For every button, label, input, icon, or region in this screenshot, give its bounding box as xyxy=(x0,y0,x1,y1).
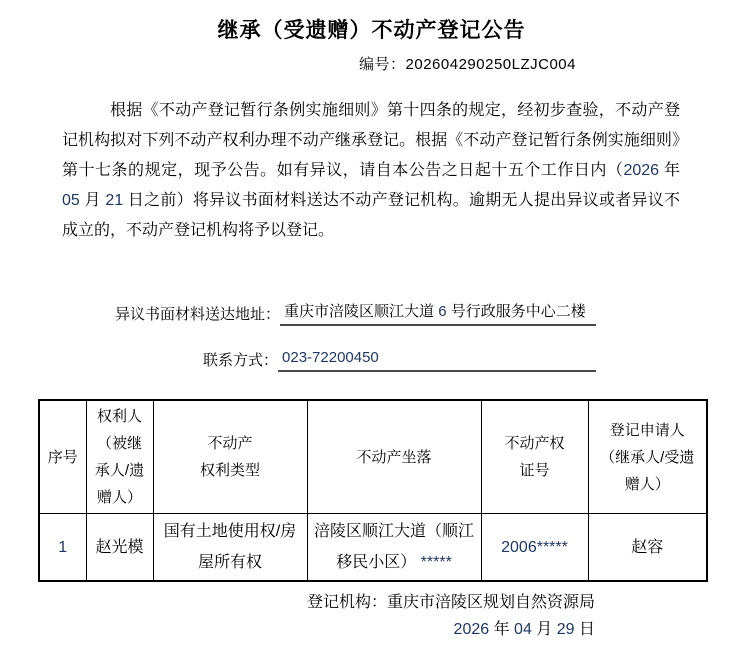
date-year: 2026 xyxy=(454,621,490,638)
year-unit: 年 xyxy=(659,162,680,179)
header-owner: 权利人 （被继 承人/遗 赠人） xyxy=(86,400,153,514)
date-day: 29 xyxy=(557,621,575,638)
doc-number-value: 202604290250LZJC004 xyxy=(406,56,576,73)
header-cert-no: 不动产权 证号 xyxy=(481,400,588,514)
registry-org-value: 重庆市涪陵区规划自然资源局 xyxy=(387,594,595,611)
cell-location: 涪陵区顺江大道（顺江 移民小区） ***** xyxy=(307,514,481,582)
date-day-unit: 日 xyxy=(575,621,595,638)
footer: 登记机构：重庆市涪陵区规划自然资源局 2026 年 04 月 29 日 xyxy=(307,589,595,643)
cell-applicant: 赵容 xyxy=(588,514,707,582)
paragraph-text-end: 日之前）将异议书面材料送达不动产登记机构。逾期无人提出异议或者异议不成立的，不动… xyxy=(62,192,680,239)
contact-label: 联系方式： xyxy=(203,350,278,372)
address-value: 重庆市涪陵区顺江大道 6 号行政服务中心二楼 xyxy=(280,301,596,326)
registration-table: 序号 权利人 （被继 承人/遗 赠人） 不动产 权利类型 不动产坐落 不动产权 … xyxy=(38,399,708,582)
registry-org-line: 登记机构：重庆市涪陵区规划自然资源局 xyxy=(307,589,595,616)
registry-org-label: 登记机构： xyxy=(307,594,387,611)
cell-location-mask: ***** xyxy=(416,554,452,571)
table-header-row: 序号 权利人 （被继 承人/遗 赠人） 不动产 权利类型 不动产坐落 不动产权 … xyxy=(39,400,707,514)
paragraph-text: 根据《不动产登记暂行条例实施细则》第十四条的规定，经初步查验，不动产登记机构拟对… xyxy=(62,102,680,179)
cell-right-type: 国有土地使用权/房 屋所有权 xyxy=(153,514,307,582)
address-text: 重庆市涪陵区顺江大道 xyxy=(284,303,438,320)
address-text-end: 号行政服务中心二楼 xyxy=(447,303,586,320)
announcement-page: 继承（受遗赠）不动产登记公告 编号：202604290250LZJC004 根据… xyxy=(0,0,743,668)
announcement-date: 2026 年 04 月 29 日 xyxy=(307,616,595,643)
doc-number-label: 编号： xyxy=(359,56,406,73)
contact-line: 联系方式： 023-72200450 xyxy=(203,347,596,372)
month-unit: 月 xyxy=(80,192,106,209)
page-title: 继承（受遗赠）不动产登记公告 xyxy=(0,14,743,44)
header-location: 不动产坐落 xyxy=(307,400,481,514)
header-right-type: 不动产 权利类型 xyxy=(153,400,307,514)
announcement-paragraph: 根据《不动产登记暂行条例实施细则》第十四条的规定，经初步查验，不动产登记机构拟对… xyxy=(62,96,680,246)
address-number: 6 xyxy=(438,303,446,320)
date-month: 04 xyxy=(514,621,532,638)
phone-number: 023-72200450 xyxy=(282,349,379,366)
cell-cert-no: 2006***** xyxy=(481,514,588,582)
address-line: 异议书面材料送达地址： 重庆市涪陵区顺江大道 6 号行政服务中心二楼 xyxy=(115,301,596,326)
deadline-month: 05 xyxy=(62,192,80,209)
deadline-year: 2026 xyxy=(623,162,659,179)
header-index: 序号 xyxy=(39,400,86,514)
cell-owner: 赵光模 xyxy=(86,514,153,582)
header-applicant: 登记申请人 （继承人/受遗 赠人） xyxy=(588,400,707,514)
date-year-unit: 年 xyxy=(489,621,514,638)
table-row: 1 赵光模 国有土地使用权/房 屋所有权 涪陵区顺江大道（顺江 移民小区） **… xyxy=(39,514,707,582)
cell-index: 1 xyxy=(39,514,86,582)
address-label: 异议书面材料送达地址： xyxy=(115,304,280,326)
doc-number-line: 编号：202604290250LZJC004 xyxy=(359,53,576,74)
deadline-day: 21 xyxy=(105,192,123,209)
date-month-unit: 月 xyxy=(532,621,557,638)
contact-value: 023-72200450 xyxy=(278,347,596,372)
